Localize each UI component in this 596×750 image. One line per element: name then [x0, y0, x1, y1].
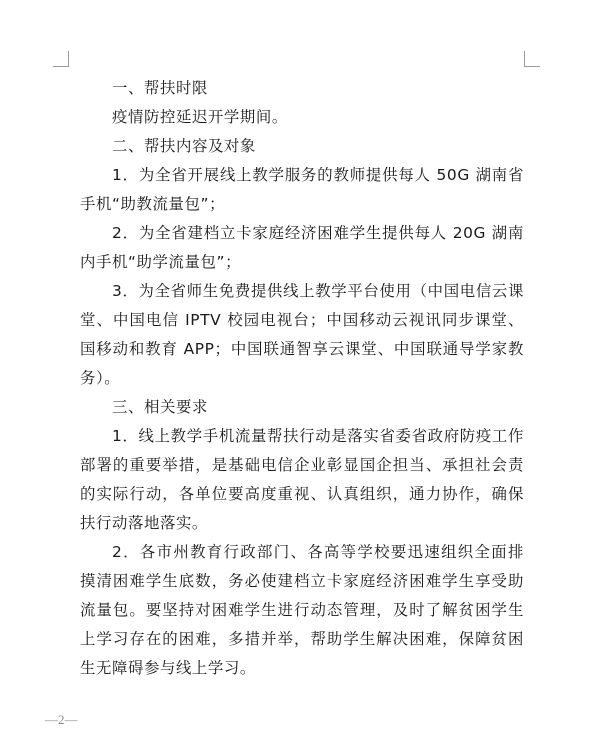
section-heading-content: 二、帮扶内容及对象 [80, 132, 524, 161]
paragraph-line: 上学习存在的困难，多措并举，帮助学生解决困难，保障贫困学 [80, 625, 524, 654]
paragraph-line: 2．为全省建档立卡家庭经济困难学生提供每人 20G 湖南省 [80, 219, 524, 248]
paragraph-line: 疫情防控延迟开学期间。 [80, 103, 524, 132]
paragraph-line: 部署的重要举措，是基础电信企业彰显国企担当、承担社会责任 [80, 451, 524, 480]
paragraph-line: 2．各市州教育行政部门、各高等学校要迅速组织全面排查， [80, 538, 524, 567]
paragraph-line: 的实际行动，各单位要高度重视、认真组织，通力协作，确保帮 [80, 480, 524, 509]
paragraph-line: 国移动和教育 APP；中国联通智享云课堂、中国联通导学家教服 [80, 335, 524, 364]
paragraph-line: 摸清困难学生底数，务必使建档立卡家庭经济困难学生享受助学 [80, 567, 524, 596]
paragraph-line: 1．线上教学手机流量帮扶行动是落实省委省政府防疫工作 [80, 422, 524, 451]
paragraph-line: 1．为全省开展线上教学服务的教师提供每人 50G 湖南省内 [80, 161, 524, 190]
paragraph-line: 堂、中国电信 IPTV 校园电视台；中国移动云视讯同步课堂、中 [80, 306, 524, 335]
top-left-margin-mark [53, 51, 69, 67]
paragraph-line: 扶行动落地落实。 [80, 509, 524, 538]
paragraph-line: 生无障碍参与线上学习。 [80, 654, 524, 683]
paragraph-line: 手机“助教流量包”； [80, 190, 524, 219]
top-right-margin-mark [524, 51, 540, 67]
page-number: —2— [45, 712, 78, 728]
paragraph-line: 3．为全省师生免费提供线上教学平台使用（中国电信云课 [80, 277, 524, 306]
paragraph-line: 流量包。要坚持对困难学生进行动态管理，及时了解贫困学生线 [80, 596, 524, 625]
document-body: 一、帮扶时限 疫情防控延迟开学期间。 二、帮扶内容及对象 1．为全省开展线上教学… [80, 74, 524, 683]
paragraph-line: 内手机“助学流量包”； [80, 248, 524, 277]
paragraph-line: 务）。 [80, 364, 524, 393]
section-heading-time-limit: 一、帮扶时限 [80, 74, 524, 103]
section-heading-requirements: 三、相关要求 [80, 393, 524, 422]
